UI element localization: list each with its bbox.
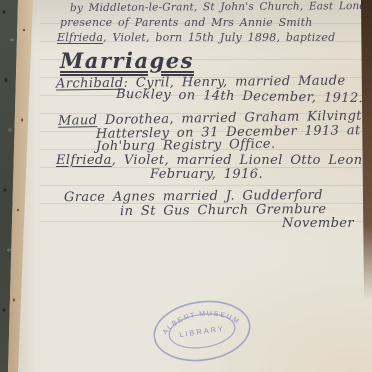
stamp-center-text: LIBRARY [179, 324, 226, 339]
entry-name: Elfrieda [56, 153, 112, 168]
marriage-entry-line: November [282, 216, 354, 231]
handwriting-line: by Middleton-le-Grant, St John's Church,… [70, 0, 372, 14]
entry-text: , Violet, married Lionel Otto Leon [112, 153, 363, 168]
entry-name: Maud [58, 113, 98, 129]
marriage-entry-line: Joh'burg Registry Office. [96, 137, 276, 155]
marriages-heading: Marriages [60, 48, 194, 73]
entry-text: , Violet, born 15th July 1898, baptized [103, 31, 335, 44]
marriage-entry-line: Elfrieda, Violet, married Lionel Otto Le… [56, 153, 363, 168]
entry-name: Elfrieda [57, 31, 103, 44]
handwriting-line: presence of Parents and Mrs Annie Smith [60, 16, 313, 29]
marriage-entry-line: February, 1916. [150, 167, 263, 182]
entry-name: Archibald [56, 76, 124, 92]
photograph-of-register-book: by Middleton-le-Grant, St John's Church,… [0, 0, 372, 372]
baptism-entry-line: Elfrieda, Violet, born 15th July 1898, b… [57, 31, 335, 44]
